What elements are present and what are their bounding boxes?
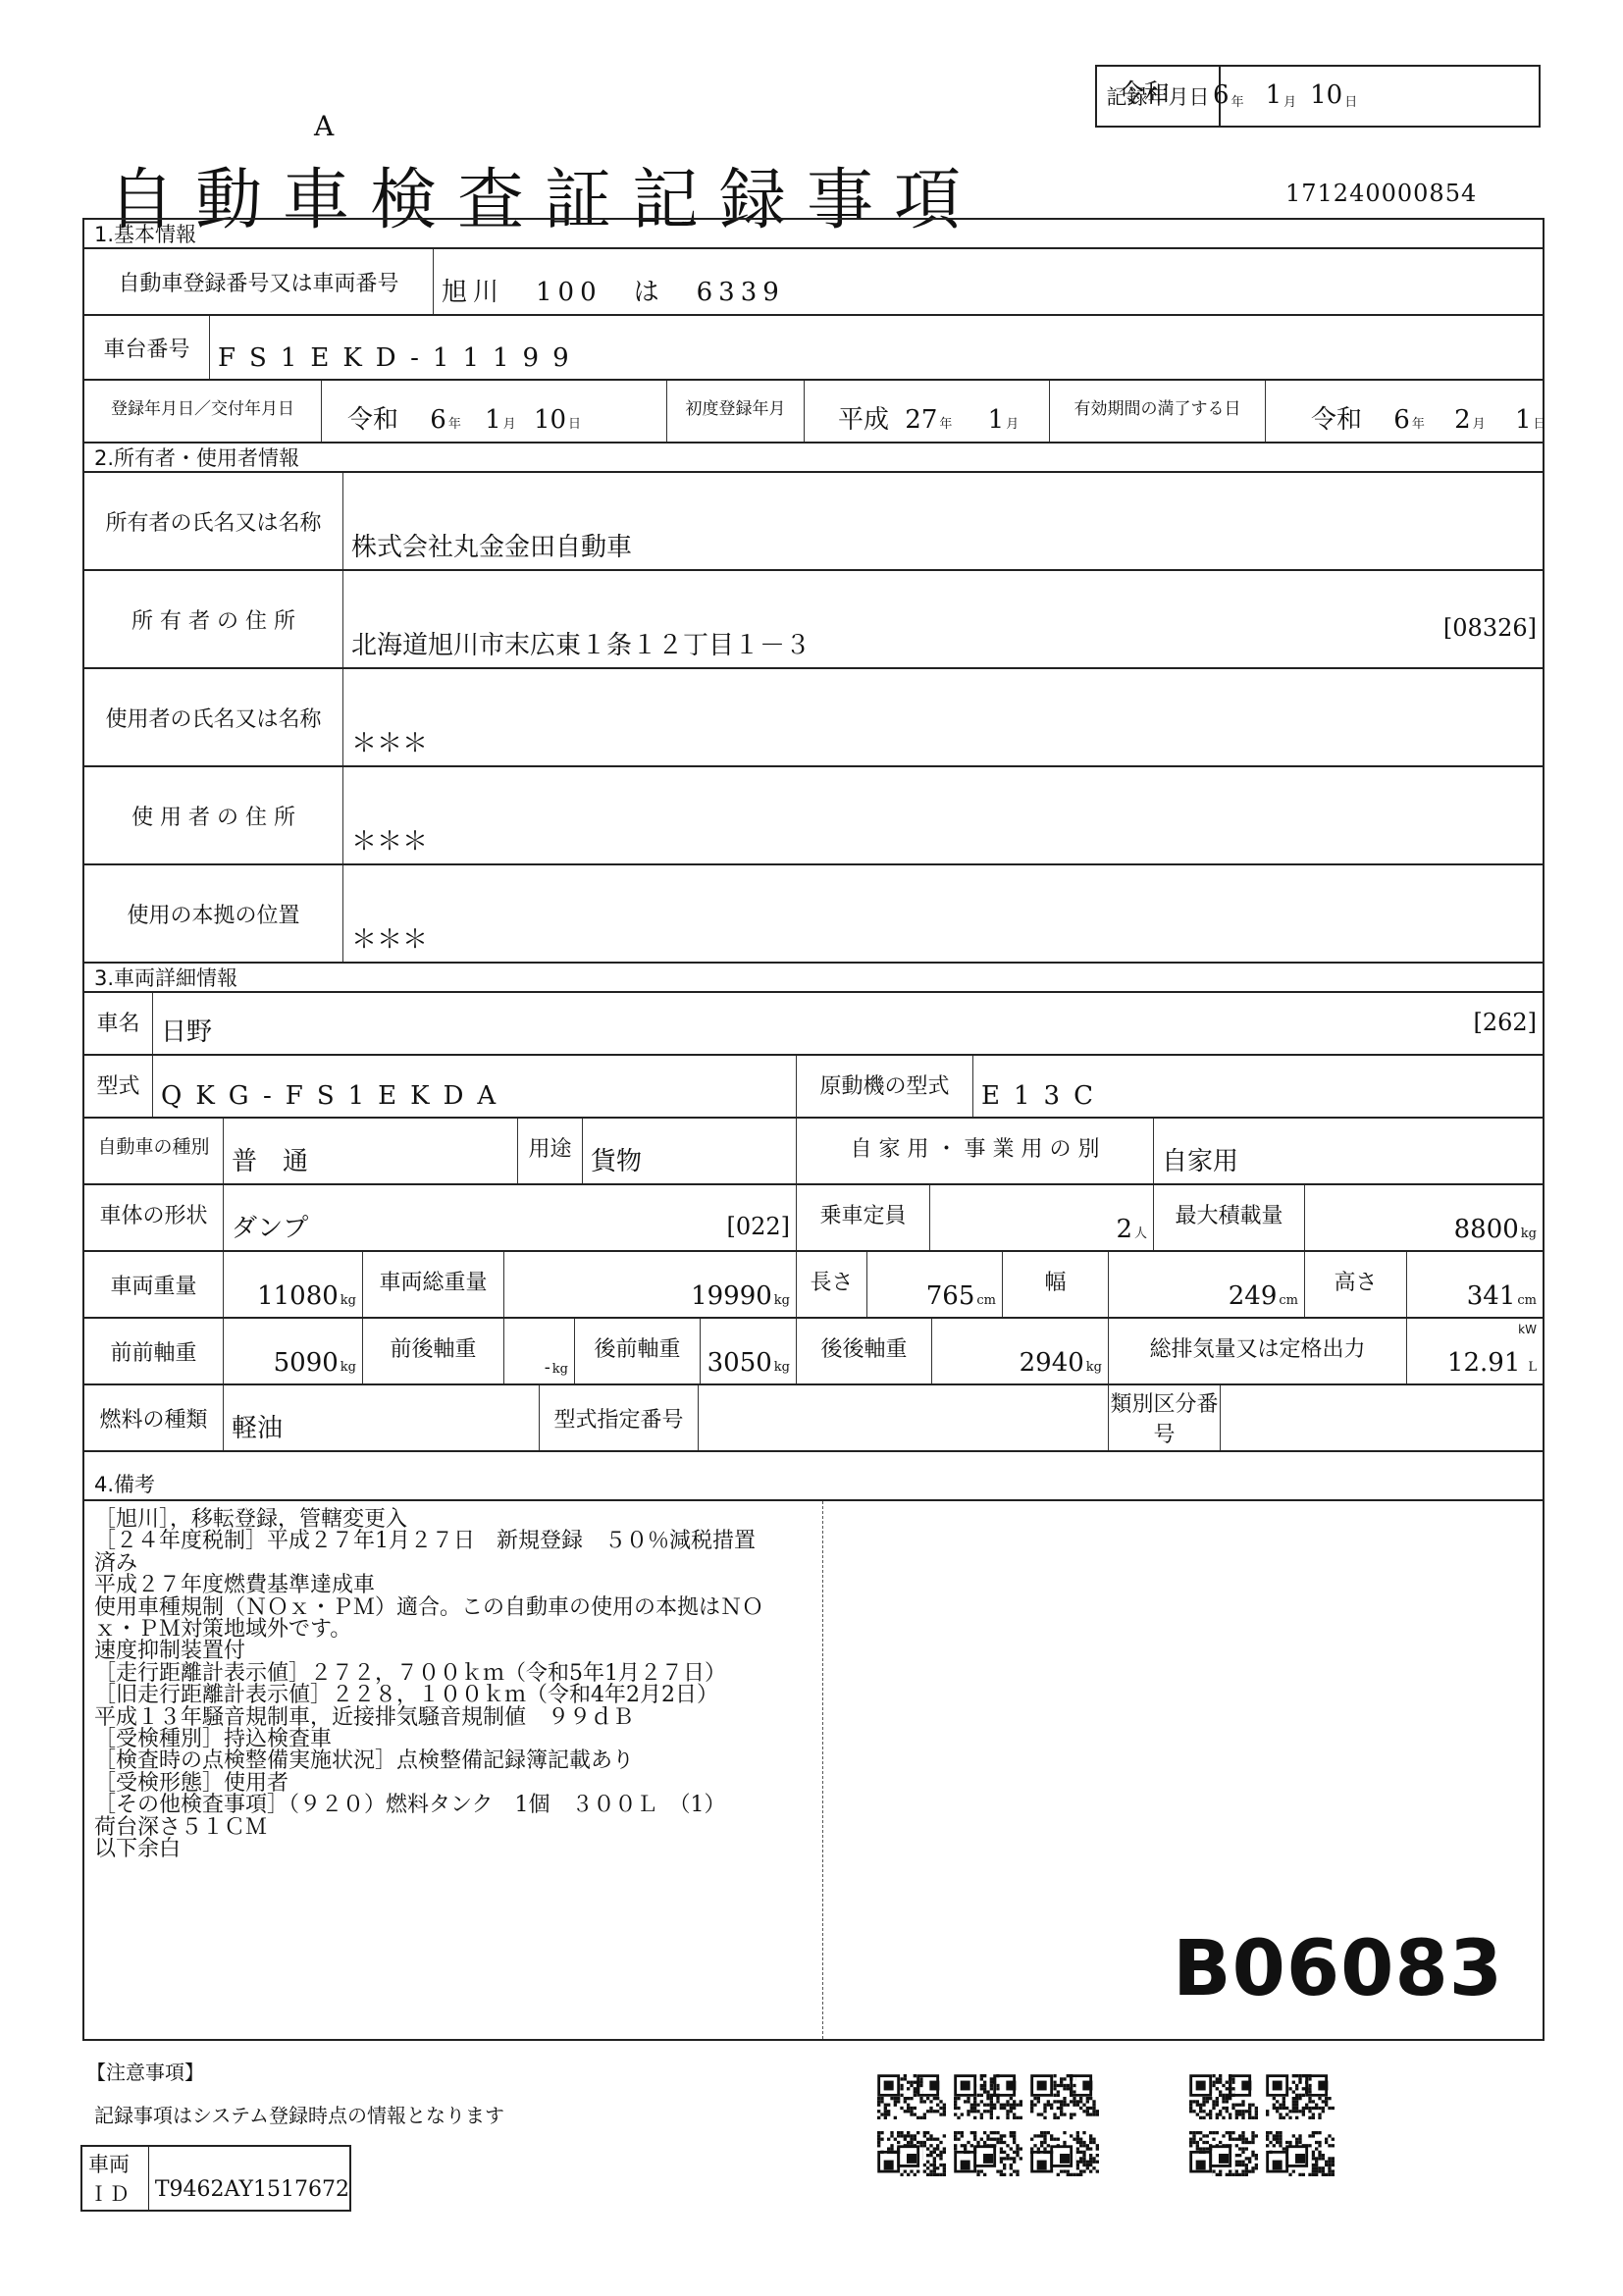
body-shape-code: [022] (726, 1213, 790, 1240)
stamp-number: B06083 (1173, 1925, 1503, 2013)
model-label: 型式 (84, 1056, 152, 1117)
vehicle-type-row: 自動車の種別 普 通 用途 貨物 自 家 用 ・ 事 業 用 の 別 自家用 (84, 1119, 1543, 1185)
usage-value: 貨物 (591, 1141, 642, 1177)
form-mark: A (314, 110, 334, 142)
max-load-value: 8800kg (1454, 1215, 1537, 1244)
vehicle-weight-label: 車両重量 (84, 1252, 223, 1317)
vehicle-name-value: 日野 (161, 1012, 212, 1048)
height-value: 341cm (1467, 1281, 1537, 1311)
year: 6 (430, 405, 446, 435)
era: 令和 (1119, 74, 1170, 110)
dimensions-row: 車両重量 11080kg 車両総重量 19990kg 長さ 765cm 幅 24… (84, 1252, 1543, 1319)
year-unit: 年 (1231, 91, 1244, 110)
month: 2 (1454, 405, 1471, 435)
width-label: 幅 (1003, 1252, 1108, 1317)
height-label: 高さ (1305, 1252, 1406, 1317)
rr-axle-value: 2940kg (1020, 1348, 1102, 1378)
owner-address-value: 北海道旭川市末広東１条１２丁目１－３ (351, 625, 811, 661)
fuel-label: 燃料の種類 (84, 1385, 223, 1450)
era: 平成 (838, 405, 889, 435)
base-location-value: ＊＊＊ (351, 919, 428, 956)
axle-weights-row: 前前軸重 5090kg 前後軸重 -kg 後前軸重 3050kg 後後軸重 29… (84, 1319, 1543, 1385)
expiry-date-value: 令和 6年 2月 1日 (1311, 399, 1546, 436)
section-2-header: 2.所有者・使用者情報 (84, 444, 1543, 473)
qr-code-icon (1266, 2131, 1335, 2176)
qr-code-icon (877, 2074, 946, 2119)
day: 1 (1515, 405, 1532, 435)
private-business-value: 自家用 (1162, 1141, 1238, 1177)
vehicle-name-label: 車名 (84, 993, 152, 1054)
first-registration-label: 初度登録年月 (667, 381, 804, 442)
gross-weight-value: 19990kg (691, 1281, 790, 1311)
section-3-header: 3.車両詳細情報 (84, 964, 1543, 993)
month: 1 (485, 405, 501, 435)
qr-code-icon (1266, 2074, 1335, 2119)
registration-number-label: 自動車登録番号又は車両番号 (84, 249, 433, 314)
day-unit: 日 (1344, 91, 1357, 110)
registration-date-label: 登録年月日／交付年月日 (84, 381, 321, 442)
section-4-title: 4.備考 (84, 1470, 155, 1499)
rf-axle-value: 3050kg (707, 1348, 790, 1378)
body-shape-row: 車体の形状 ダンプ [022] 乗車定員 2人 最大積載量 8800kg (84, 1185, 1543, 1252)
length-label: 長さ (797, 1252, 866, 1317)
qr-code-icon (877, 2131, 946, 2176)
body-shape-label: 車体の形状 (84, 1185, 223, 1250)
vehicle-weight-value: 11080kg (257, 1281, 356, 1311)
user-name-row: 使用者の氏名又は名称 ＊＊＊ (84, 669, 1543, 767)
owner-name-label: 所有者の氏名又は名称 (84, 473, 342, 569)
width-value: 249cm (1229, 1281, 1298, 1311)
capacity-value: 2人 (1116, 1215, 1147, 1244)
month: 1 (1266, 80, 1283, 110)
vehicle-id-label: 車両ＩＤ (82, 2147, 149, 2210)
first-registration-value: 平成 27年 1月 (838, 399, 1019, 436)
notes-area: ［旭川］，移転登録，管轄変更入 ［２４年度税制］平成２７年1月２７日 新規登録 … (84, 1501, 1543, 2039)
year: 6 (1213, 80, 1230, 110)
qr-code-icon (1030, 2131, 1099, 2176)
section-3-title: 3.車両詳細情報 (84, 964, 1543, 993)
registration-number-row: 自動車登録番号又は車両番号 旭川 100 は 6339 (84, 249, 1543, 316)
owner-name-row: 所有者の氏名又は名称 株式会社丸金金田自動車 (84, 473, 1543, 571)
displacement-unit-kw: kW (1518, 1323, 1537, 1336)
caution-title: 【注意事項】 (86, 2057, 204, 2085)
chassis-number-value: FS1EKD-11199 (218, 343, 583, 373)
qr-code-icon (1189, 2131, 1258, 2176)
inspection-record-table: 1.基本情報 自動車登録番号又は車両番号 旭川 100 は 6339 車台番号 … (82, 218, 1544, 2041)
qr-code-icon (1030, 2074, 1099, 2119)
dates-row: 登録年月日／交付年月日 令和 6年 1月 10日 初度登録年月 平成 27年 1… (84, 381, 1543, 444)
qr-code-icon (1189, 2074, 1258, 2119)
usage-label: 用途 (518, 1119, 582, 1183)
registration-date-value: 令和 6年 1月 10日 (347, 399, 581, 436)
engine-model-label: 原動機の型式 (797, 1056, 972, 1117)
base-location-row: 使用の本拠の位置 ＊＊＊ (84, 865, 1543, 964)
type-designation-label: 型式指定番号 (540, 1385, 698, 1450)
ff-axle-label: 前前軸重 (84, 1319, 223, 1383)
owner-address-label: 所 有 者 の 住 所 (84, 571, 342, 667)
user-address-row: 使 用 者 の 住 所 ＊＊＊ (84, 767, 1543, 865)
fuel-row: 燃料の種類 軽油 型式指定番号 類別区分番号 (84, 1385, 1543, 1452)
day: 10 (1310, 80, 1342, 110)
private-business-label: 自 家 用 ・ 事 業 用 の 別 (797, 1119, 1153, 1183)
caution-text: 記録事項はシステム登録時点の情報となります (94, 2100, 504, 2128)
vehicle-type-value: 普 通 (232, 1141, 308, 1177)
vehicle-name-row: 車名 日野 [262] (84, 993, 1543, 1056)
era: 令和 (1311, 405, 1362, 435)
capacity-label: 乗車定員 (797, 1185, 929, 1250)
record-date-box: 記録年月日 令和 6年 1月 10日 (1095, 65, 1541, 128)
owner-address-code: [08326] (1443, 614, 1537, 642)
vehicle-name-code: [262] (1473, 1009, 1537, 1036)
user-name-value: ＊＊＊ (351, 723, 428, 759)
fr-axle-value: -kg (545, 1357, 568, 1378)
section-1-header: 1.基本情報 (84, 220, 1543, 249)
base-location-label: 使用の本拠の位置 (84, 865, 342, 962)
displacement-label: 総排気量又は定格出力 (1109, 1319, 1406, 1383)
vehicle-id-box: 車両ＩＤ T9462AY1517672 (80, 2145, 351, 2212)
month: 1 (988, 405, 1005, 435)
notes-divider (822, 1501, 823, 2039)
year: 27 (905, 405, 937, 435)
day: 10 (534, 405, 566, 435)
fuel-value: 軽油 (232, 1408, 283, 1444)
owner-name-value: 株式会社丸金金田自動車 (351, 527, 632, 563)
section-1-title: 1.基本情報 (84, 220, 1543, 249)
registration-number-value: 旭川 100 は 6339 (442, 272, 785, 308)
engine-model-value: E13C (981, 1081, 1107, 1111)
chassis-number-label: 車台番号 (84, 316, 209, 379)
user-address-value: ＊＊＊ (351, 821, 428, 858)
model-row: 型式 QKG-FS1EKDA 原動機の型式 E13C (84, 1056, 1543, 1119)
era: 令和 (347, 405, 398, 435)
length-value: 765cm (926, 1281, 996, 1311)
user-name-label: 使用者の氏名又は名称 (84, 669, 342, 765)
qr-code-icon (954, 2131, 1022, 2176)
qr-code-icon (954, 2074, 1022, 2119)
record-date-value: 令和 6年 1月 10日 (1105, 74, 1357, 120)
year: 6 (1393, 405, 1410, 435)
month-unit: 月 (1283, 91, 1296, 110)
body-shape-value: ダンプ (232, 1208, 308, 1244)
fr-axle-label: 前後軸重 (363, 1319, 503, 1383)
rf-axle-label: 後前軸重 (575, 1319, 700, 1383)
displacement-value: 12.91L (1447, 1348, 1537, 1378)
model-value: QKG-FS1EKDA (161, 1081, 509, 1111)
expiry-date-label: 有効期間の満了する日 (1050, 381, 1265, 442)
gross-weight-label: 車両総重量 (363, 1252, 503, 1317)
chassis-number-row: 車台番号 FS1EKD-11199 (84, 316, 1543, 381)
owner-address-row: 所 有 者 の 住 所 北海道旭川市末広東１条１２丁目１－３ [08326] (84, 571, 1543, 669)
vehicle-type-label: 自動車の種別 (84, 1119, 223, 1183)
section-2-title: 2.所有者・使用者情報 (84, 444, 1543, 473)
section-4-header: 4.備考 (84, 1452, 1543, 1501)
user-address-label: 使 用 者 の 住 所 (84, 767, 342, 863)
document-number: 171240000854 (1285, 180, 1477, 207)
notes-text: ［旭川］，移転登録，管轄変更入 ［２４年度税制］平成２７年1月２７日 新規登録 … (94, 1509, 820, 1861)
category-number-label: 類別区分番号 (1109, 1385, 1220, 1450)
vehicle-id-value: T9462AY1517672 (149, 2147, 349, 2210)
rr-axle-label: 後後軸重 (797, 1319, 931, 1383)
ff-axle-value: 5090kg (274, 1348, 356, 1378)
max-load-label: 最大積載量 (1154, 1185, 1304, 1250)
